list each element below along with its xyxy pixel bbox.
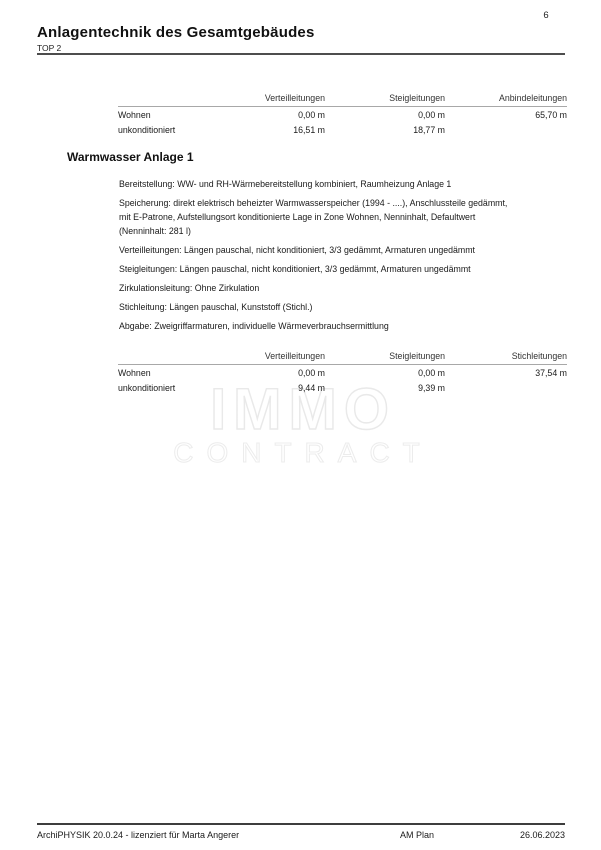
col-spacer <box>118 93 205 103</box>
cell-value: 37,54 m <box>445 368 567 378</box>
section-heading-warmwasser: Warmwasser Anlage 1 <box>67 150 194 164</box>
paragraph-zirkulationsleitung: Zirkulationsleitung: Ohne Zirkulation <box>119 281 509 295</box>
watermark-logo-contract: CONTRACT <box>173 437 433 469</box>
col-header-steigleitungen: Steigleitungen <box>325 351 445 361</box>
cell-value: 16,51 m <box>205 125 325 135</box>
table-row: Wohnen 0,00 m 0,00 m 65,70 m <box>118 107 567 122</box>
table-row: Wohnen 0,00 m 0,00 m 37,54 m <box>118 365 567 380</box>
page-title: Anlagentechnik des Gesamtgebäudes <box>37 24 315 41</box>
cell-value: 0,00 m <box>205 110 325 120</box>
paragraph-speicherung: Speicherung: direkt elektrisch beheizter… <box>119 196 509 238</box>
footer-divider <box>37 823 565 825</box>
pipe-lengths-table-heating: Verteilleitungen Steigleitungen Anbindel… <box>118 93 567 137</box>
cell-value: 9,44 m <box>205 383 325 393</box>
col-header-verteilleitungen: Verteilleitungen <box>205 93 325 103</box>
footer-date: 26.06.2023 <box>465 830 565 840</box>
paragraph-bereitstellung: Bereitstellung: WW- und RH-Wärmebereitst… <box>119 177 509 191</box>
pipe-lengths-table-warmwasser: Verteilleitungen Steigleitungen Stichlei… <box>118 351 567 395</box>
row-label: Wohnen <box>118 368 205 378</box>
paragraph-verteilleitungen: Verteilleitungen: Längen pauschal, nicht… <box>119 243 509 257</box>
page-subtitle: TOP 2 <box>37 43 61 53</box>
row-label: Wohnen <box>118 110 205 120</box>
footer-app-license: ArchiPHYSIK 20.0.24 - lizenziert für Mar… <box>37 830 239 840</box>
row-label: unkonditioniert <box>118 383 205 393</box>
table-header-row: Verteilleitungen Steigleitungen Anbindel… <box>118 93 567 107</box>
col-header-verteilleitungen: Verteilleitungen <box>205 351 325 361</box>
cell-value: 0,00 m <box>205 368 325 378</box>
table-header-row: Verteilleitungen Steigleitungen Stichlei… <box>118 351 567 365</box>
table-row: unkonditioniert 16,51 m 18,77 m <box>118 122 567 137</box>
cell-value: 9,39 m <box>325 383 445 393</box>
col-header-stichleitungen: Stichleitungen <box>445 351 567 361</box>
header-divider <box>37 53 565 55</box>
cell-value: 18,77 m <box>325 125 445 135</box>
paragraph-abgabe: Abgabe: Zweigriffarmaturen, individuelle… <box>119 319 509 333</box>
section-body: Bereitstellung: WW- und RH-Wärmebereitst… <box>119 177 509 338</box>
cell-value: 65,70 m <box>445 110 567 120</box>
col-header-anbindeleitungen: Anbindeleitungen <box>445 93 567 103</box>
document-page: IMMO CONTRACT 6 Anlagentechnik des Gesam… <box>0 0 601 850</box>
col-spacer <box>118 351 205 361</box>
paragraph-steigleitungen: Steigleitungen: Längen pauschal, nicht k… <box>119 262 509 276</box>
paragraph-stichleitung: Stichleitung: Längen pauschal, Kunststof… <box>119 300 509 314</box>
cell-value: 0,00 m <box>325 110 445 120</box>
row-label: unkonditioniert <box>118 125 205 135</box>
footer-plan-name: AM Plan <box>400 830 434 840</box>
page-number: 6 <box>536 10 556 21</box>
table-row: unkonditioniert 9,44 m 9,39 m <box>118 380 567 395</box>
cell-value: 0,00 m <box>325 368 445 378</box>
col-header-steigleitungen: Steigleitungen <box>325 93 445 103</box>
